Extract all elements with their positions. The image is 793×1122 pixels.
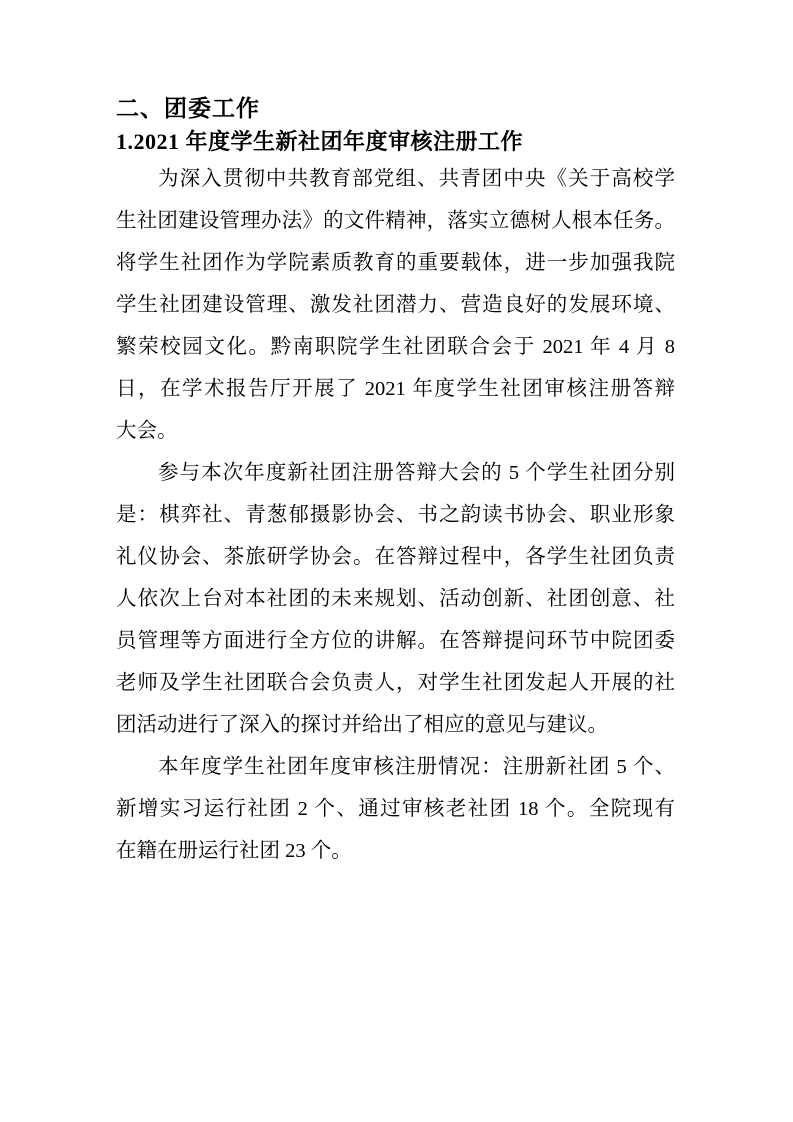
text-line: 是：棋弈社、青葱郁摄影协会、书之韵读书协会、职业形象 <box>116 494 675 536</box>
text-line: 新增实习运行社团 2 个、通过审核老社团 18 个。全院现有 <box>116 788 675 830</box>
text-line: 学生社团建设管理、激发社团潜力、营造良好的发展环境、 <box>116 284 675 326</box>
body-paragraphs: 为深入贯彻中共教育部党组、共青团中央《关于高校学生社团建设管理办法》的文件精神，… <box>116 158 675 872</box>
document-page: 二、团委工作 1.2021 年度学生新社团年度审核注册工作 为深入贯彻中共教育部… <box>0 0 793 1122</box>
text-line: 老师及学生社团联合会负责人，对学生社团发起人开展的社 <box>116 662 675 704</box>
paragraph: 参与本次年度新社团注册答辩大会的 5 个学生社团分别是：棋弈社、青葱郁摄影协会、… <box>116 452 675 746</box>
text-line: 为深入贯彻中共教育部党组、共青团中央《关于高校学 <box>116 158 675 200</box>
paragraph: 本年度学生社团年度审核注册情况：注册新社团 5 个、新增实习运行社团 2 个、通… <box>116 746 675 872</box>
text-line: 本年度学生社团年度审核注册情况：注册新社团 5 个、 <box>116 746 675 788</box>
text-line: 日，在学术报告厅开展了 2021 年度学生社团审核注册答辩 <box>116 368 675 410</box>
text-line: 将学生社团作为学院素质教育的重要载体，进一步加强我院 <box>116 242 675 284</box>
document-content: 二、团委工作 1.2021 年度学生新社团年度审核注册工作 为深入贯彻中共教育部… <box>116 92 675 872</box>
text-line: 人依次上台对本社团的未来规划、活动创新、社团创意、社 <box>116 578 675 620</box>
text-line: 礼仪协会、茶旅研学协会。在答辩过程中，各学生社团负责 <box>116 536 675 578</box>
subsection-heading: 1.2021 年度学生新社团年度审核注册工作 <box>116 125 675 158</box>
text-line: 大会。 <box>116 410 675 452</box>
section-heading: 二、团委工作 <box>116 92 675 125</box>
text-line: 参与本次年度新社团注册答辩大会的 5 个学生社团分别 <box>116 452 675 494</box>
text-line: 团活动进行了深入的探讨并给出了相应的意见与建议。 <box>116 704 675 746</box>
paragraph: 为深入贯彻中共教育部党组、共青团中央《关于高校学生社团建设管理办法》的文件精神，… <box>116 158 675 452</box>
text-line: 繁荣校园文化。黔南职院学生社团联合会于 2021 年 4 月 8 <box>116 326 675 368</box>
text-line: 生社团建设管理办法》的文件精神，落实立德树人根本任务。 <box>116 200 675 242</box>
text-line: 在籍在册运行社团 23 个。 <box>116 830 675 872</box>
text-line: 员管理等方面进行全方位的讲解。在答辩提问环节中院团委 <box>116 620 675 662</box>
